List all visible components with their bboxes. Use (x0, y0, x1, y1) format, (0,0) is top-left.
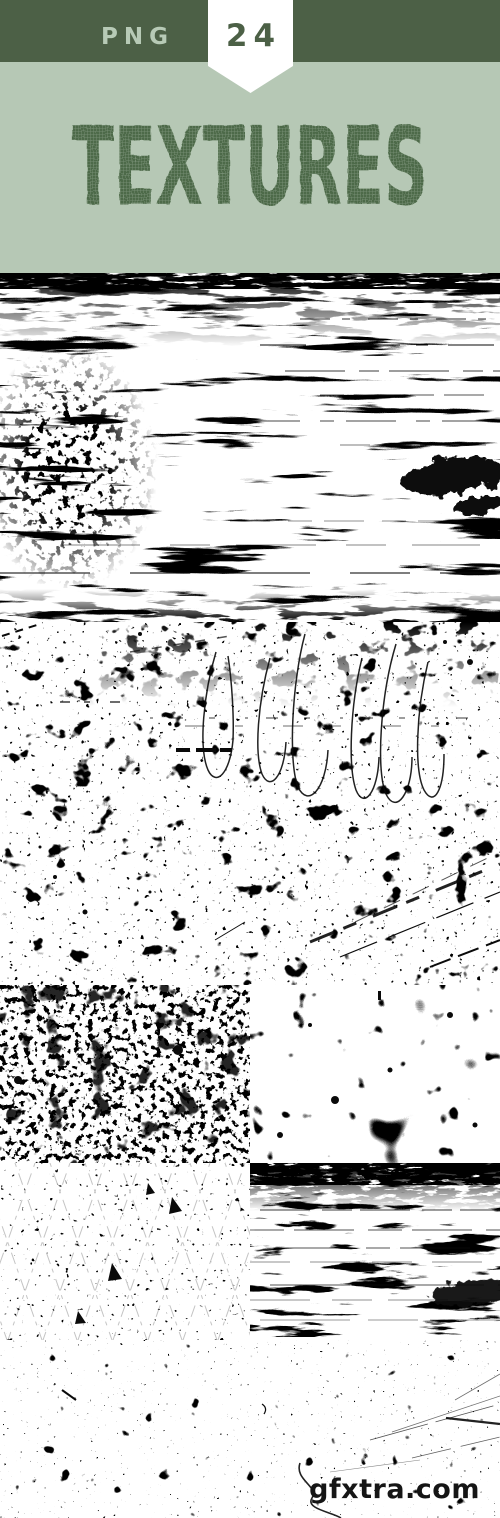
texture-preview-wood-grain (0, 273, 500, 622)
title-banner: TEXTURES (0, 62, 500, 273)
scratches-graphic (0, 622, 500, 985)
wood-grain-graphic (0, 273, 500, 622)
texture-preview-dark-wood-grain (250, 1163, 500, 1337)
texture-preview-scratches-splatter (0, 622, 500, 985)
texture-preview-ink-splatter (250, 985, 500, 1163)
texture-preview-diamond-lattice (0, 1163, 250, 1340)
ink-splatter-graphic (250, 985, 500, 1163)
fine-speckle-graphic (0, 985, 250, 1163)
pack-title-graphic: TEXTURES (0, 62, 500, 273)
pack-title: TEXTURES (72, 105, 428, 230)
texture-pack-preview: PNG 24 TEXTURES (0, 0, 500, 1518)
format-label: PNG (101, 26, 174, 49)
watermark: gfxtra.com (309, 1474, 480, 1505)
dark-wood-grain-graphic (250, 1163, 500, 1337)
texture-preview-fine-speckle (0, 985, 250, 1163)
diamond-lattice-graphic (0, 1163, 250, 1340)
count-value: 24 (220, 21, 281, 52)
